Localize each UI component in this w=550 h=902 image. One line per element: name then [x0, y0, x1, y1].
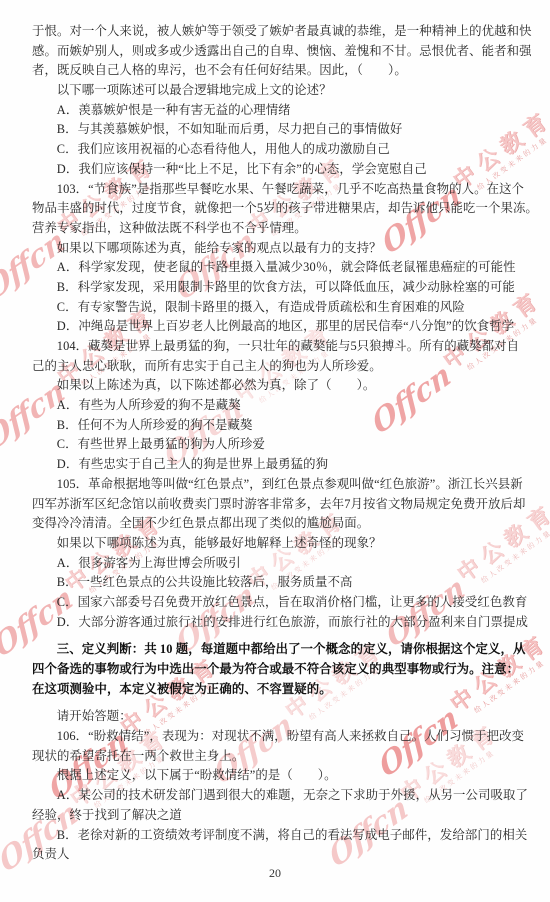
text-line: 如果以上陈述为真，以下陈述都必然为真，除了（ ）。 [32, 376, 520, 396]
text-line: C．有专家警告说，限制卡路里的摄入，有造成骨质疏松和生育困难的风险 [32, 298, 520, 318]
text-line: 请开始答题： [32, 707, 520, 727]
text-line: B．任何不为人所珍爱的狗不是藏獒 [32, 416, 520, 436]
text-line: D．冲绳岛是世界上百岁老人比例最高的地区，那里的居民信奉“八分饱”的饮食哲学 [32, 317, 520, 337]
text-line: B．与其羡慕嫉妒恨，不如知耻而后勇，尽力把自己的事情做好 [32, 120, 520, 140]
text-line: C．我们应该用祝福的心态看待他人，用他人的成功激励自己 [32, 140, 520, 160]
text-line: B．一些红色景点的公共设施比较落后，服务质量不高 [32, 573, 520, 593]
blank-line [32, 632, 520, 640]
text-line: 负责人 [32, 845, 520, 865]
text-line: 己的主人忠心耿耿，而所有忠实于自己主人的狗也为人所珍爱。 [32, 357, 520, 377]
text-line: 感。而嫉妒别人，则或多或少透露出自己的自卑、懊恼、羞愧和不甘。忌恨优者、能者和强 [32, 42, 520, 62]
text-line: 106．“盼救情结”，表现为：对现状不满，盼望有高人来拯救自己。人们习惯于把改变 [32, 727, 520, 747]
exam-scan-page: Offcn中公教育给人改变未来的力量Offcn中公教育给人改变未来的力量Offc… [0, 0, 550, 902]
text-line: D．我们应该保持一种“比上不足，比下有余”的心态，学会宽慰自己 [32, 160, 520, 180]
blank-line [32, 699, 520, 707]
text-line: 在这项测验中，本定义被假定为正确的、不容置疑的。 [32, 680, 520, 700]
text-line: 四军苏浙军区纪念馆以前收费卖门票时游客非常多，去年7月按省文物局规定免费开放后却 [32, 495, 520, 515]
text-line: 以下哪一项陈述可以最合逻辑地完成上文的论述？ [32, 81, 520, 101]
text-line: 如果以下哪项陈述为真，能给专家的观点以最有力的支持？ [32, 239, 520, 259]
text-line: 现状的希望寄托在一两个救世主身上。 [32, 747, 520, 767]
text-line: C．有些世界上最勇猛的狗为人所珍爱 [32, 435, 520, 455]
text-line: A．很多游客为上海世博会所吸引 [32, 554, 520, 574]
text-line: 103．“节食族”是指那些早餐吃水果、午餐吃蔬菜，几乎不吃高热量食物的人。在这个 [32, 180, 520, 200]
text-line: 者，既反映自己人格的卑污，也不会有任何好结果。因此，（ ）。 [32, 61, 520, 81]
text-line: D．有些忠实于自己主人的狗是世界上最勇猛的狗 [32, 455, 520, 475]
text-line: 四个备选的事物或行为中选出一个最为符合或最不符合该定义的典型事物或行为。注意： [32, 660, 520, 680]
text-line: D．大部分游客通过旅行社的安排进行红色旅游，而旅行社的大部分盈利来自门票提成 [32, 613, 520, 633]
text-line: 变得冷冷清清。全国不少红色景点都出现了类似的尴尬局面。 [32, 514, 520, 534]
text-line: 104．藏獒是世界上最勇猛的狗，一只壮年的藏獒能与5只狼搏斗。所有的藏獒都对自 [32, 337, 520, 357]
text-line: 物品丰盛的时代，过度节食，就像把一个5岁的孩子带进糖果店，却告诉他只能吃一个果冻… [32, 199, 520, 219]
page-number: 20 [0, 866, 550, 881]
text-line: B．老徐对新的工资绩效考评制度不满，将自己的看法写成电子邮件，发给部门的相关 [32, 826, 520, 846]
text-line: 根据上述定义，以下属于“盼救情结”的是（ ）。 [32, 766, 520, 786]
text-line: 营养专家指出，这种做法既不科学也不合乎情理。 [32, 219, 520, 239]
text-line: A．羡慕嫉妒恨是一种有害无益的心理情绪 [32, 101, 520, 121]
text-line: C．国家六部委号召免费开放红色景点，旨在取消价格门槛，让更多的人接受红色教育 [32, 593, 520, 613]
text-line: A．有些为人所珍爱的狗不是藏獒 [32, 396, 520, 416]
text-line: 三、定义判断：共 10 题，每道题中都给出了一个概念的定义，请你根据这个定义，从 [32, 640, 520, 660]
text-line: 于恨。对一个人来说，被人嫉妒等于领受了嫉妒者最真诚的恭维，是一种精神上的优越和快 [32, 22, 520, 42]
text-line: 经验，终于找到了解决之道 [32, 806, 520, 826]
text-line: 如果以下哪项陈述为真，能够最好地解释上述奇怪的现象？ [32, 534, 520, 554]
exam-text: 于恨。对一个人来说，被人嫉妒等于领受了嫉妒者最真诚的恭维，是一种精神上的优越和快… [32, 22, 520, 865]
text-line: A．科学家发现，使老鼠的卡路里摄入量减少30％，就会降低老鼠罹患癌症的可能性 [32, 258, 520, 278]
text-line: 105．革命根据地等叫做“红色景点”，到红色景点参观叫做“红色旅游”。浙江长兴县… [32, 475, 520, 495]
text-line: B．科学家发现，采用限制卡路里的饮食方法，可以降低血压，减少动脉栓塞的可能 [32, 278, 520, 298]
text-line: A．某公司的技术研发部门遇到很大的难题，无奈之下求助于外援，从另一公司吸取了 [32, 786, 520, 806]
